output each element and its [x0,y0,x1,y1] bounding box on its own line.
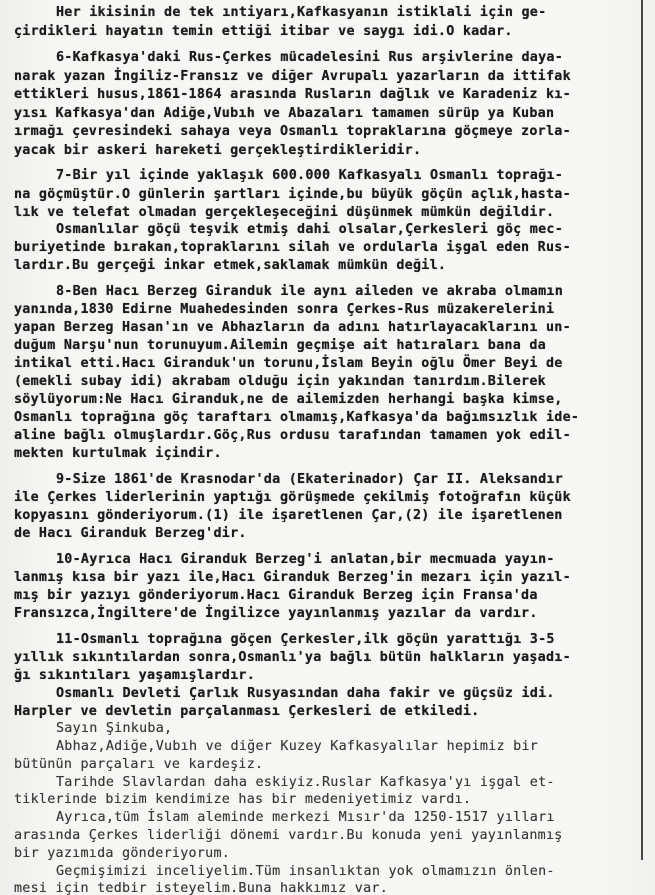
text-line: ettikleri husus,1861-1864 arasında Rusla… [14,87,571,102]
text-line: 8-Ben Hacı Berzeg Giranduk ile aynı aile… [56,284,563,299]
text-line: yıllık sıkıntılardan sonra,Osmanlı'ya ba… [14,650,571,665]
text-line: yanında,1830 Edirne Muahedesinden sonra … [14,302,554,317]
text-line: (emekli subay idi) akrabam olduğu için y… [14,374,546,389]
text-line: Her ikisinin de tek ıntiyarı,Kafkasyanın… [56,5,546,20]
text-line: na göçmüştür.O günlerin şartları içinde,… [14,187,571,202]
text-line: 10-Ayrıca Hacı Giranduk Berzeg'i anlatan… [56,552,555,567]
text-line: Osmanlılar göçü teşvik etmiş dahi olsala… [56,222,563,237]
text-line: Fransızca,İngiltere'de İngilizce yayınla… [14,606,538,621]
text-line: kopyasını gönderiyorum.(1) ile işaretlen… [14,508,563,523]
text-line: söylüyorum:Ne Hacı Giranduk,ne de ailemi… [14,392,563,407]
text-line: bir yazımıda gönderiyorum. [14,846,230,861]
text-line: tiklerinde bizim kendimize has bir meden… [14,792,471,807]
page-edge-border [641,0,643,860]
text-line: lanmış kısa bir yazı ile,Hacı Giranduk B… [14,570,571,585]
text-line: narak yazan İngiliz-Fransız ve diğer Avr… [14,69,571,84]
text-line: buriyetinde bırakan,topraklarını silah v… [14,240,571,255]
text-line: Ayrıca,tüm İslam aleminde merkezi Mısır'… [56,810,555,825]
text-line: lık ve telefat olmadan gerçekleşeceğini … [14,205,554,220]
text-line: lardır.Bu gerçeği inkar etmek,saklamak m… [14,258,446,273]
text-line: ırmağı çevresindeki sahaya veya Osmanlı … [14,124,571,139]
text-line: ile Çerkes liderlerinin yaptığı görüşmed… [14,490,571,505]
text-line: Sayın Şinkuba, [56,721,172,736]
text-line: 7-Bir yıl içinde yaklaşık 600.000 Kafkas… [56,168,563,183]
text-line: çirdikleri hayatın temin ettiği itibar v… [14,24,513,39]
text-line: yapan Berzeg Hasan'ın ve Abhazların da a… [14,320,571,335]
text-line: intikal etti.Hacı Giranduk'un torunu,İsl… [14,356,563,371]
text-line: 11-Osmanlı toprağına göçen Çerkesler,ilk… [56,632,555,647]
text-line: yacak bir askeri hareketi gerçekleştirdi… [14,143,421,158]
text-line: de Hacı Giranduk Berzeg'dir. [14,526,247,541]
text-line: 9-Size 1861'de Krasnodar'da (Ekaterinado… [56,472,563,487]
text-line: bütünün parçaları ve kardeşiz. [14,757,263,772]
text-line: 6-Kafkasya'daki Rus-Çerkes mücadelesini … [56,50,563,65]
text-line: Osmanlı Devleti Çarlık Rusyasından daha … [56,686,555,701]
text-line: ğı sıkıntıları yaşamışlardır. [14,668,255,683]
text-line: Abhaz,Adiğe,Vubıh ve diğer Kuzey Kafkasy… [56,739,538,754]
scanned-page: Her ikisinin de tek ıntiyarı,Kafkasyanın… [0,0,655,895]
text-line: arasında Çerkes liderliği dönemi vardır.… [14,828,563,843]
text-line: Harpler ve devletin parçalanması Çerkesl… [14,704,479,719]
text-line: Geçmişimizi inceliyelim.Tüm insanlıktan … [56,864,555,879]
text-line: Tarihde Slavlardan daha eskiyiz.Ruslar K… [56,775,555,790]
text-line: duğum Narşu'nun torunuyum.Ailemin geçmiş… [14,338,546,353]
text-line: mış bir yazıyı gönderiyorum.Hacı Girandu… [14,588,538,603]
text-line: Osmanlı toprağına göç taraftarı olmamış,… [14,410,579,425]
text-line: aline bağlı olmuşlardır.Göç,Rus ordusu t… [14,428,571,443]
text-line: mesi için tedbir isteyelim.Buna hakkımız… [14,881,388,895]
text-line: mekten kurtulmak içindir. [14,446,222,461]
text-line: yısı Kafkasya'dan Adiğe,Vubıh ve Abazala… [14,106,554,121]
